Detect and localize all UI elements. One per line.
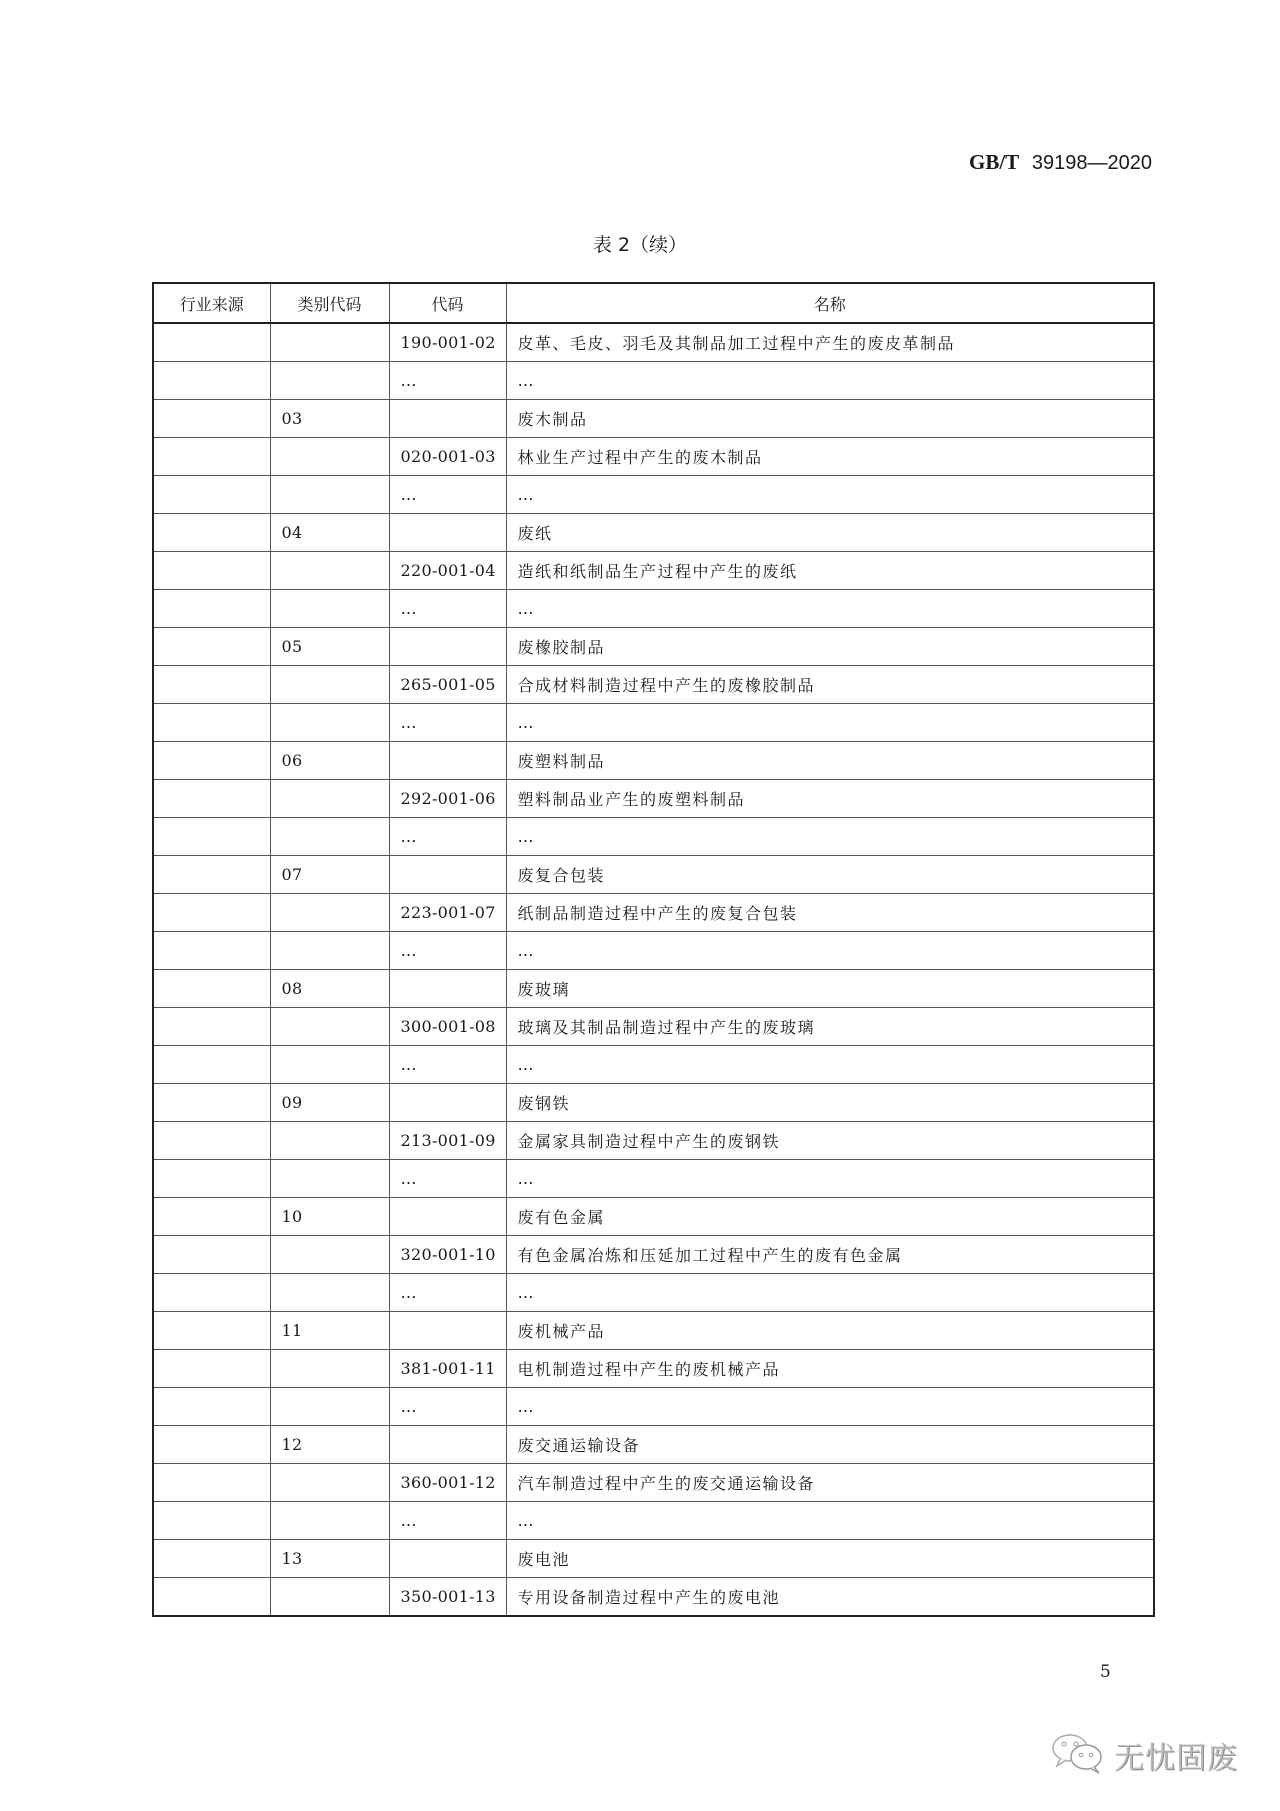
table-row: ……: [153, 1160, 1154, 1198]
cell-name: 废纸: [506, 514, 1154, 552]
cell-industry-source: [153, 1084, 270, 1122]
cell-code: …: [389, 1388, 506, 1426]
cell-code: [389, 628, 506, 666]
cell-category-code: [270, 1122, 389, 1160]
watermark-text: 无忧固废: [1114, 1733, 1238, 1777]
cell-category-code: 03: [270, 400, 389, 438]
cell-code: [389, 970, 506, 1008]
cell-industry-source: [153, 970, 270, 1008]
table-row: 190-001-02皮革、毛皮、羽毛及其制品加工过程中产生的废皮革制品: [153, 323, 1154, 362]
cell-name: …: [506, 362, 1154, 400]
cell-code: …: [389, 932, 506, 970]
cell-category-code: 12: [270, 1426, 389, 1464]
table-row: 020-001-03林业生产过程中产生的废木制品: [153, 438, 1154, 476]
cell-name: 废木制品: [506, 400, 1154, 438]
table-row: ……: [153, 1274, 1154, 1312]
cell-category-code: [270, 1160, 389, 1198]
cell-category-code: [270, 1502, 389, 1540]
cell-industry-source: [153, 1464, 270, 1502]
standard-prefix: GB/T: [969, 150, 1019, 174]
table-row: 350-001-13专用设备制造过程中产生的废电池: [153, 1578, 1154, 1617]
cell-category-code: 05: [270, 628, 389, 666]
cell-industry-source: [153, 780, 270, 818]
cell-name: 合成材料制造过程中产生的废橡胶制品: [506, 666, 1154, 704]
cell-name: 造纸和纸制品生产过程中产生的废纸: [506, 552, 1154, 590]
cell-industry-source: [153, 1502, 270, 1540]
cell-industry-source: [153, 1160, 270, 1198]
cell-industry-source: [153, 552, 270, 590]
cell-category-code: [270, 1350, 389, 1388]
cell-industry-source: [153, 438, 270, 476]
table-row: 223-001-07纸制品制造过程中产生的废复合包装: [153, 894, 1154, 932]
cell-name: …: [506, 476, 1154, 514]
table-row: ……: [153, 590, 1154, 628]
table-row: 213-001-09金属家具制造过程中产生的废钢铁: [153, 1122, 1154, 1160]
cell-code: [389, 1426, 506, 1464]
cell-name: …: [506, 818, 1154, 856]
cell-code: [389, 1540, 506, 1578]
cell-industry-source: [153, 1426, 270, 1464]
table-header-row: 行业来源 类别代码 代码 名称: [153, 283, 1154, 323]
cell-code: 213-001-09: [389, 1122, 506, 1160]
table-row: 13废电池: [153, 1540, 1154, 1578]
cell-name: 林业生产过程中产生的废木制品: [506, 438, 1154, 476]
cell-name: 废钢铁: [506, 1084, 1154, 1122]
table-row: ……: [153, 362, 1154, 400]
cell-category-code: [270, 1274, 389, 1312]
cell-category-code: 08: [270, 970, 389, 1008]
table-row: 381-001-11电机制造过程中产生的废机械产品: [153, 1350, 1154, 1388]
cell-code: [389, 514, 506, 552]
cell-industry-source: [153, 1388, 270, 1426]
cell-code: 190-001-02: [389, 323, 506, 362]
table-row: 265-001-05合成材料制造过程中产生的废橡胶制品: [153, 666, 1154, 704]
cell-code: …: [389, 1160, 506, 1198]
cell-code: …: [389, 362, 506, 400]
cell-name: 金属家具制造过程中产生的废钢铁: [506, 1122, 1154, 1160]
cell-name: …: [506, 932, 1154, 970]
cell-code: 220-001-04: [389, 552, 506, 590]
table-row: ……: [153, 704, 1154, 742]
column-header-industry-source: 行业来源: [153, 283, 270, 323]
cell-industry-source: [153, 476, 270, 514]
cell-industry-source: [153, 323, 270, 362]
column-header-code: 代码: [389, 283, 506, 323]
cell-industry-source: [153, 704, 270, 742]
cell-industry-source: [153, 628, 270, 666]
cell-name: 废橡胶制品: [506, 628, 1154, 666]
cell-category-code: [270, 362, 389, 400]
cell-category-code: [270, 552, 389, 590]
cell-name: 专用设备制造过程中产生的废电池: [506, 1578, 1154, 1617]
cell-name: 皮革、毛皮、羽毛及其制品加工过程中产生的废皮革制品: [506, 323, 1154, 362]
cell-category-code: [270, 1236, 389, 1274]
cell-code: …: [389, 590, 506, 628]
cell-category-code: [270, 1046, 389, 1084]
wechat-icon: [1050, 1732, 1106, 1778]
cell-name: 塑料制品业产生的废塑料制品: [506, 780, 1154, 818]
table-row: 10废有色金属: [153, 1198, 1154, 1236]
cell-industry-source: [153, 1578, 270, 1617]
cell-code: [389, 1312, 506, 1350]
cell-name: …: [506, 1160, 1154, 1198]
cell-industry-source: [153, 818, 270, 856]
page-number: 5: [1100, 1662, 1111, 1682]
table-row: 04废纸: [153, 514, 1154, 552]
cell-category-code: 11: [270, 1312, 389, 1350]
cell-industry-source: [153, 1122, 270, 1160]
cell-category-code: [270, 1008, 389, 1046]
cell-code: 300-001-08: [389, 1008, 506, 1046]
cell-category-code: 04: [270, 514, 389, 552]
cell-code: …: [389, 704, 506, 742]
table-row: 05废橡胶制品: [153, 628, 1154, 666]
cell-category-code: 10: [270, 1198, 389, 1236]
cell-category-code: 13: [270, 1540, 389, 1578]
cell-name: 废机械产品: [506, 1312, 1154, 1350]
cell-code: 381-001-11: [389, 1350, 506, 1388]
table-row: ……: [153, 1502, 1154, 1540]
cell-name: …: [506, 704, 1154, 742]
cell-industry-source: [153, 1198, 270, 1236]
column-header-name: 名称: [506, 283, 1154, 323]
cell-code: [389, 400, 506, 438]
cell-code: 265-001-05: [389, 666, 506, 704]
cell-category-code: [270, 1388, 389, 1426]
table-row: 320-001-10有色金属冶炼和压延加工过程中产生的废有色金属: [153, 1236, 1154, 1274]
cell-name: 废塑料制品: [506, 742, 1154, 780]
cell-name: …: [506, 1046, 1154, 1084]
table-title: 表 2（续）: [0, 230, 1280, 257]
table-row: ……: [153, 1388, 1154, 1426]
cell-code: 320-001-10: [389, 1236, 506, 1274]
cell-code: [389, 1084, 506, 1122]
table-row: 09废钢铁: [153, 1084, 1154, 1122]
cell-industry-source: [153, 1274, 270, 1312]
cell-name: 废交通运输设备: [506, 1426, 1154, 1464]
table-row: ……: [153, 476, 1154, 514]
column-header-category-code: 类别代码: [270, 283, 389, 323]
cell-industry-source: [153, 590, 270, 628]
cell-industry-source: [153, 1236, 270, 1274]
cell-industry-source: [153, 400, 270, 438]
cell-industry-source: [153, 1312, 270, 1350]
cell-industry-source: [153, 894, 270, 932]
cell-industry-source: [153, 1046, 270, 1084]
cell-name: 汽车制造过程中产生的废交通运输设备: [506, 1464, 1154, 1502]
cell-name: 废有色金属: [506, 1198, 1154, 1236]
cell-industry-source: [153, 1540, 270, 1578]
table-row: 292-001-06塑料制品业产生的废塑料制品: [153, 780, 1154, 818]
cell-name: …: [506, 1388, 1154, 1426]
cell-code: [389, 742, 506, 780]
watermark: 无忧固废: [1050, 1732, 1238, 1778]
cell-code: 020-001-03: [389, 438, 506, 476]
cell-industry-source: [153, 1350, 270, 1388]
table-row: 300-001-08玻璃及其制品制造过程中产生的废玻璃: [153, 1008, 1154, 1046]
cell-name: 有色金属冶炼和压延加工过程中产生的废有色金属: [506, 1236, 1154, 1274]
cell-code: …: [389, 818, 506, 856]
standard-number: 39198—2020: [1032, 152, 1152, 174]
cell-industry-source: [153, 856, 270, 894]
cell-name: 废玻璃: [506, 970, 1154, 1008]
cell-code: …: [389, 1046, 506, 1084]
cell-industry-source: [153, 1008, 270, 1046]
table-row: 08废玻璃: [153, 970, 1154, 1008]
cell-category-code: [270, 780, 389, 818]
cell-category-code: 09: [270, 1084, 389, 1122]
cell-category-code: [270, 1464, 389, 1502]
cell-category-code: 06: [270, 742, 389, 780]
cell-name: 玻璃及其制品制造过程中产生的废玻璃: [506, 1008, 1154, 1046]
table-row: 220-001-04造纸和纸制品生产过程中产生的废纸: [153, 552, 1154, 590]
table-row: 360-001-12汽车制造过程中产生的废交通运输设备: [153, 1464, 1154, 1502]
cell-code: 350-001-13: [389, 1578, 506, 1617]
cell-category-code: [270, 818, 389, 856]
cell-category-code: [270, 590, 389, 628]
standard-code: GB/T 39198—2020: [960, 150, 1152, 175]
table-row: ……: [153, 932, 1154, 970]
table-row: 11废机械产品: [153, 1312, 1154, 1350]
table-row: 06废塑料制品: [153, 742, 1154, 780]
cell-industry-source: [153, 932, 270, 970]
cell-name: …: [506, 590, 1154, 628]
table-row: 07废复合包装: [153, 856, 1154, 894]
cell-category-code: [270, 1578, 389, 1617]
cell-code: …: [389, 1274, 506, 1312]
cell-industry-source: [153, 666, 270, 704]
cell-code: …: [389, 1502, 506, 1540]
cell-code: [389, 1198, 506, 1236]
table-row: ……: [153, 1046, 1154, 1084]
table-row: ……: [153, 818, 1154, 856]
table-row: 12废交通运输设备: [153, 1426, 1154, 1464]
table-row: 03废木制品: [153, 400, 1154, 438]
cell-category-code: 07: [270, 856, 389, 894]
cell-category-code: [270, 438, 389, 476]
cell-name: …: [506, 1274, 1154, 1312]
cell-name: 纸制品制造过程中产生的废复合包装: [506, 894, 1154, 932]
cell-industry-source: [153, 514, 270, 552]
cell-code: 223-001-07: [389, 894, 506, 932]
cell-code: 292-001-06: [389, 780, 506, 818]
cell-name: 废电池: [506, 1540, 1154, 1578]
cell-name: 电机制造过程中产生的废机械产品: [506, 1350, 1154, 1388]
cell-category-code: [270, 704, 389, 742]
cell-code: 360-001-12: [389, 1464, 506, 1502]
cell-category-code: [270, 666, 389, 704]
cell-category-code: [270, 894, 389, 932]
cell-industry-source: [153, 362, 270, 400]
cell-category-code: [270, 323, 389, 362]
cell-code: …: [389, 476, 506, 514]
waste-code-table: 行业来源 类别代码 代码 名称 190-001-02皮革、毛皮、羽毛及其制品加工…: [152, 282, 1155, 1617]
cell-name: …: [506, 1502, 1154, 1540]
cell-code: [389, 856, 506, 894]
cell-category-code: [270, 932, 389, 970]
cell-industry-source: [153, 742, 270, 780]
cell-name: 废复合包装: [506, 856, 1154, 894]
cell-category-code: [270, 476, 389, 514]
